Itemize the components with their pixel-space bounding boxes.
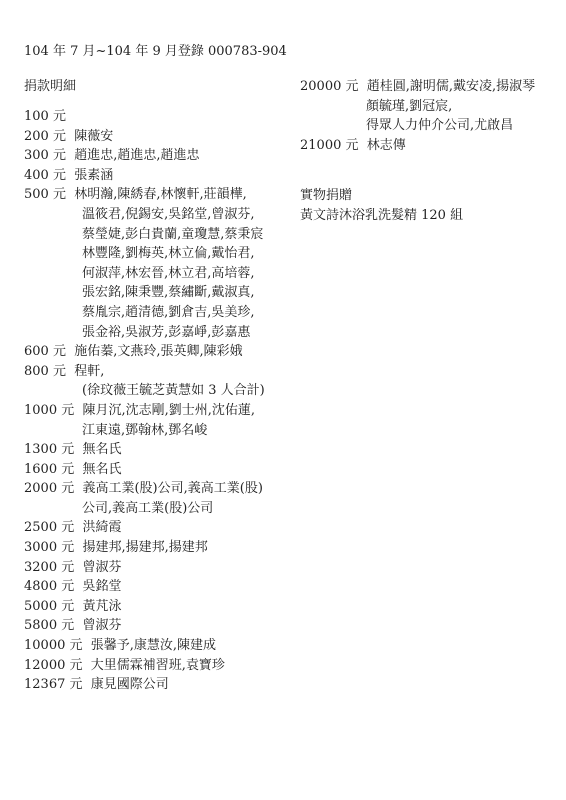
donation-entry: 3200 元 曾淑芬 [24, 556, 265, 576]
donation-continuation-row: (徐玟薇王毓芝黃慧如 3 人合計) [24, 379, 265, 399]
donation-amount: 200 元 [24, 125, 66, 144]
donation-continuation-row: 得眾人力仲介公司,尤啟昌 [300, 114, 535, 134]
donation-continuation-row: 蔡瑩婕,彭白貴蘭,童瓊慧,蔡秉宸 [24, 223, 265, 243]
donation-amount: 600 元 [24, 340, 66, 359]
donor-names: 大里儒霖補習班,袁寶珍 [91, 658, 225, 673]
donation-amount: 1300 元 [24, 438, 74, 457]
donation-amount: 1000 元 [24, 399, 74, 418]
donation-amount: 1600 元 [24, 458, 74, 477]
donation-entry: 21000 元 林志傳 [300, 134, 535, 154]
donation-continuation-row: 蔡胤宗,趙清德,劉倉吉,吳美珍, [24, 301, 265, 321]
donor-names: 公司,義高工業(股)公司 [82, 501, 213, 516]
donation-amount: 2500 元 [24, 516, 74, 535]
donor-names: 林豐隆,劉梅英,林立倫,戴怡君, [82, 246, 255, 261]
donation-entry: 400 元 張素涵 [24, 164, 265, 184]
donation-entry: 300 元 趙進忠,趙進忠,趙進忠 [24, 144, 265, 164]
donation-entry: 500 元 林明瀚,陳綉春,林懷軒,莊韻樺,溫筱君,倪錫安,吳銘堂,曾淑芬,蔡瑩… [24, 183, 265, 340]
donor-names: 無名氏 [82, 462, 121, 477]
donor-names: 陳薇安 [74, 129, 113, 144]
donation-amount: 500 元 [24, 183, 66, 202]
donation-row: 1300 元 無名氏 [24, 438, 265, 458]
donation-continuation-row: 溫筱君,倪錫安,吳銘堂,曾淑芬, [24, 203, 265, 223]
donor-names: 程軒, [74, 364, 104, 379]
donation-row: 12000 元 大里儒霖補習班,袁寶珍 [24, 654, 265, 674]
donor-names: 溫筱君,倪錫安,吳銘堂,曾淑芬, [82, 207, 255, 222]
donor-names: 何淑萍,林宏晉,林立君,高培蓉, [82, 266, 255, 281]
section-title-donations: 捐款明細 [24, 77, 76, 97]
donor-names: 趙桂圓,謝明儒,戴安凌,揚淑琴 [367, 79, 535, 94]
donation-row: 1600 元 無名氏 [24, 458, 265, 478]
donation-entry: 4800 元 吳銘堂 [24, 575, 265, 595]
donation-row: 200 元 陳薇安 [24, 125, 265, 145]
donation-continuation-row: 顏毓瑾,劉冠宸, [300, 95, 535, 115]
donation-amount: 3200 元 [24, 556, 74, 575]
donor-names: 蔡瑩婕,彭白貴蘭,童瓊慧,蔡秉宸 [82, 227, 263, 242]
donation-row: 5800 元 曾淑芬 [24, 614, 265, 634]
donation-amount: 4800 元 [24, 575, 74, 594]
donation-entry: 600 元 施佑蓁,文燕玲,張英卿,陳彩娥 [24, 340, 265, 360]
donor-names: 曾淑芬 [82, 560, 121, 575]
donation-row: 4800 元 吳銘堂 [24, 575, 265, 595]
donation-amount: 300 元 [24, 144, 66, 163]
donor-names: 張素涵 [74, 168, 113, 183]
donation-continuation-row: 何淑萍,林宏晉,林立君,高培蓉, [24, 262, 265, 282]
donation-row: 1000 元 陳月沉,沈志剛,劉士州,沈佑蓮, [24, 399, 265, 419]
donation-continuation-row: 公司,義高工業(股)公司 [24, 497, 265, 517]
donation-amount: 5000 元 [24, 595, 74, 614]
donation-amount: 10000 元 [24, 634, 83, 653]
donation-row: 300 元 趙進忠,趙進忠,趙進忠 [24, 144, 265, 164]
donation-entry: 800 元 程軒,(徐玟薇王毓芝黃慧如 3 人合計) [24, 360, 265, 399]
donation-row: 12367 元 康見國際公司 [24, 673, 265, 693]
donation-entry: 1300 元 無名氏 [24, 438, 265, 458]
donor-names: 無名氏 [82, 442, 121, 457]
section-title-in-kind: 實物捐贈 [300, 186, 352, 206]
donor-names: 蔡胤宗,趙清德,劉倉吉,吳美珍, [82, 305, 255, 320]
donation-row: 3000 元 揚建邦,揚建邦,揚建邦 [24, 536, 265, 556]
donation-list-left: 100 元200 元 陳薇安300 元 趙進忠,趙進忠,趙進忠400 元 張素涵… [24, 105, 265, 693]
donation-entry: 5000 元 黃芃泳 [24, 595, 265, 615]
donation-row: 2000 元 義高工業(股)公司,義高工業(股) [24, 477, 265, 497]
donation-amount: 12000 元 [24, 654, 83, 673]
donation-amount: 5800 元 [24, 614, 74, 633]
donation-amount: 3000 元 [24, 536, 74, 555]
donation-entry: 12000 元 大里儒霖補習班,袁寶珍 [24, 654, 265, 674]
donor-names: 趙進忠,趙進忠,趙進忠 [74, 148, 199, 163]
donation-entry: 3000 元 揚建邦,揚建邦,揚建邦 [24, 536, 265, 556]
donation-row: 3200 元 曾淑芬 [24, 556, 265, 576]
donation-amount: 20000 元 [300, 75, 359, 94]
donation-list-right: 20000 元 趙桂圓,謝明儒,戴安凌,揚淑琴顏毓瑾,劉冠宸,得眾人力仲介公司,… [300, 75, 535, 153]
donor-names: 江東遠,鄧翰林,鄧名峻 [82, 423, 207, 438]
donation-row: 600 元 施佑蓁,文燕玲,張英卿,陳彩娥 [24, 340, 265, 360]
donation-amount: 800 元 [24, 360, 66, 379]
donation-entry: 1000 元 陳月沉,沈志剛,劉士州,沈佑蓮,江東遠,鄧翰林,鄧名峻 [24, 399, 265, 438]
donation-continuation-row: 林豐隆,劉梅英,林立倫,戴怡君, [24, 242, 265, 262]
donation-row: 21000 元 林志傳 [300, 134, 535, 154]
donation-entry: 2000 元 義高工業(股)公司,義高工業(股)公司,義高工業(股)公司 [24, 477, 265, 516]
donation-row: 500 元 林明瀚,陳綉春,林懷軒,莊韻樺, [24, 183, 265, 203]
donor-names: 施佑蓁,文燕玲,張英卿,陳彩娥 [74, 344, 242, 359]
donor-names: 顏毓瑾,劉冠宸, [366, 99, 452, 114]
donor-names: 張馨予,康慧汝,陳建成 [91, 638, 216, 653]
donor-names: 吳銘堂 [82, 579, 121, 594]
donor-names: 康見國際公司 [91, 677, 169, 692]
donation-entry: 12367 元 康見國際公司 [24, 673, 265, 693]
donation-entry: 1600 元 無名氏 [24, 458, 265, 478]
donation-entry: 5800 元 曾淑芬 [24, 614, 265, 634]
donation-row: 20000 元 趙桂圓,謝明儒,戴安凌,揚淑琴 [300, 75, 535, 95]
donor-names: 張金裕,吳淑芳,彭嘉崢,彭嘉惠 [82, 325, 250, 340]
donation-row: 800 元 程軒, [24, 360, 265, 380]
donor-names: 義高工業(股)公司,義高工業(股) [82, 481, 262, 496]
donor-names: (徐玟薇王毓芝黃慧如 3 人合計) [82, 383, 265, 398]
donation-entry: 10000 元 張馨予,康慧汝,陳建成 [24, 634, 265, 654]
donation-row: 100 元 [24, 105, 265, 125]
donation-amount: 12367 元 [24, 673, 83, 692]
donation-entry: 100 元 [24, 105, 265, 125]
donor-names: 洪綺霞 [82, 520, 121, 535]
donation-entry: 2500 元 洪綺霞 [24, 516, 265, 536]
donation-continuation-row: 江東遠,鄧翰林,鄧名峻 [24, 419, 265, 439]
donor-names: 得眾人力仲介公司,尤啟昌 [366, 118, 513, 133]
donor-names: 黃芃泳 [82, 599, 121, 614]
donation-row: 400 元 張素涵 [24, 164, 265, 184]
donor-names: 林志傳 [367, 138, 406, 153]
donor-names: 陳月沉,沈志剛,劉士州,沈佑蓮, [82, 403, 255, 418]
donor-names: 林明瀚,陳綉春,林懷軒,莊韻樺, [74, 187, 247, 202]
page-title: 104 年 7 月~104 年 9 月登錄 000783-904 [24, 42, 287, 62]
donation-continuation-row: 張金裕,吳淑芳,彭嘉崢,彭嘉惠 [24, 321, 265, 341]
donation-row: 5000 元 黃芃泳 [24, 595, 265, 615]
donation-amount: 2000 元 [24, 477, 74, 496]
in-kind-item: 黃文詩沐浴乳洗髮精 120 組 [300, 206, 463, 226]
donation-amount: 400 元 [24, 164, 66, 183]
donor-names: 曾淑芬 [82, 618, 121, 633]
donation-amount: 100 元 [24, 105, 66, 124]
donor-names: 張宏銘,陳秉豐,蔡繡斷,戴淑真, [82, 285, 255, 300]
donation-entry: 200 元 陳薇安 [24, 125, 265, 145]
donation-entry: 20000 元 趙桂圓,謝明儒,戴安凌,揚淑琴顏毓瑾,劉冠宸,得眾人力仲介公司,… [300, 75, 535, 134]
donation-continuation-row: 張宏銘,陳秉豐,蔡繡斷,戴淑真, [24, 281, 265, 301]
donation-row: 2500 元 洪綺霞 [24, 516, 265, 536]
donor-names: 揚建邦,揚建邦,揚建邦 [82, 540, 207, 555]
donation-row: 10000 元 張馨予,康慧汝,陳建成 [24, 634, 265, 654]
donation-amount: 21000 元 [300, 134, 359, 153]
